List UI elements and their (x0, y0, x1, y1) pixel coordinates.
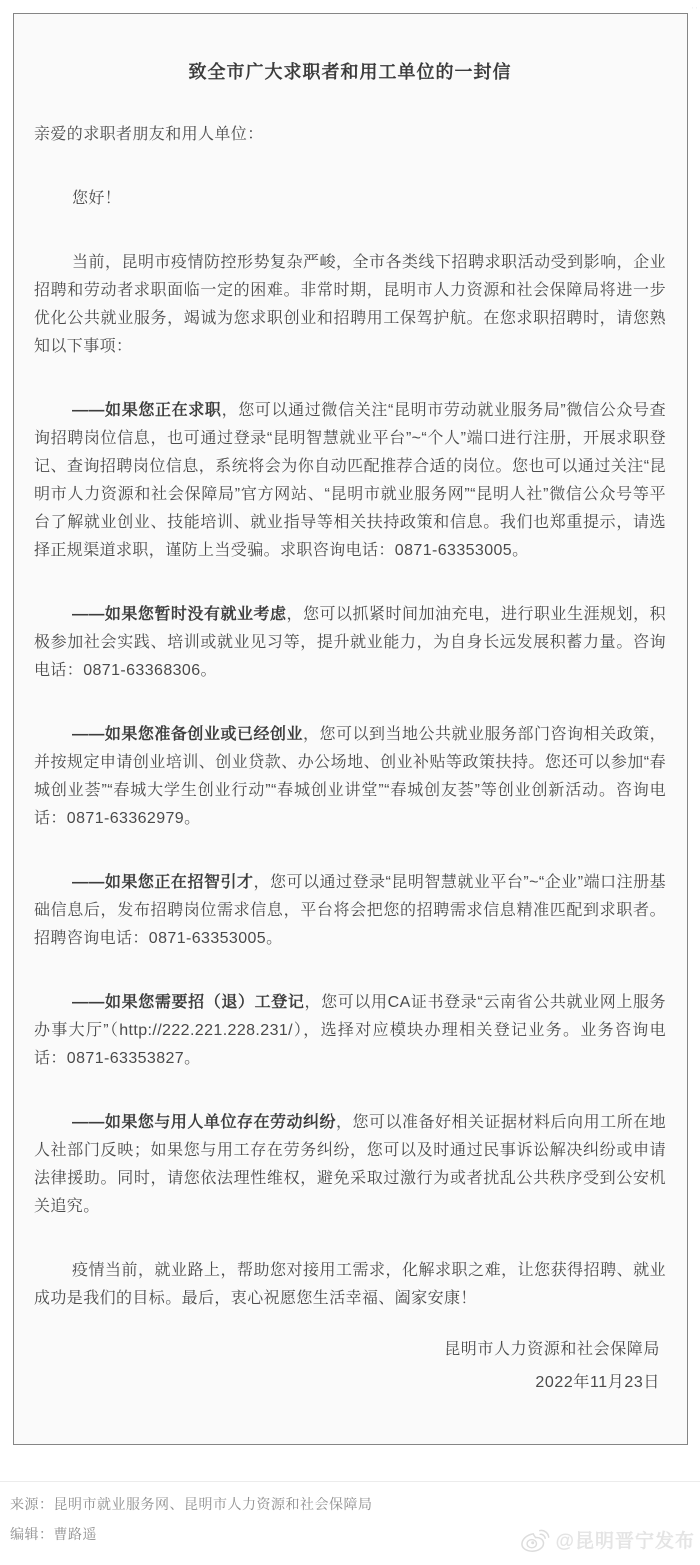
letter-title: 致全市广大求职者和用工单位的一封信 (34, 59, 666, 85)
source-label: 来源： (10, 1496, 54, 1512)
letter-paragraph: ——如果您正在求职，您可以通过微信关注“昆明市劳动就业服务局”微信公众号查询招聘… (34, 397, 666, 565)
editor-value: 曹路遥 (54, 1526, 98, 1542)
letter-paragraph: ——如果您暂时没有就业考虑，您可以抓紧时间加油充电，进行职业生涯规划，积极参加社… (34, 601, 666, 685)
paragraph-text: ，您可以通过微信关注“昆明市劳动就业服务局”微信公众号查询招聘岗位信息，也可通过… (34, 402, 666, 559)
paragraph-lead: ——如果您与用人单位存在劳动纠纷 (72, 1114, 336, 1131)
signature-block: 昆明市人力资源和社会保障局 2022年11月23日 (34, 1333, 666, 1399)
paragraph-lead: ——如果您正在求职 (72, 402, 222, 419)
weibo-watermark: @昆明晋宁发布 (520, 1524, 695, 1554)
letter-salutation: 亲爱的求职者朋友和用人单位： (34, 121, 666, 149)
paragraph-lead: ——如果您正在招智引才 (72, 874, 253, 891)
editor-label: 编辑： (10, 1526, 54, 1542)
weibo-long-image-post: { "page": { "background": "#ffffff" }, "… (0, 0, 700, 1565)
source-value: 昆明市就业服务网、昆明市人力资源和社会保障局 (54, 1496, 373, 1512)
signature-org: 昆明市人力资源和社会保障局 (34, 1333, 660, 1366)
letter-greeting: 您好！ (34, 185, 666, 213)
paragraph-lead: ——如果您暂时没有就业考虑 (72, 606, 286, 623)
letter-paragraph: 疫情当前，就业路上，帮助您对接用工需求，化解求职之难，让您获得招聘、就业成功是我… (34, 1257, 666, 1313)
source-line: 来源：昆明市就业服务网、昆明市人力资源和社会保障局 (10, 1494, 373, 1514)
letter-card: 致全市广大求职者和用工单位的一封信 亲爱的求职者朋友和用人单位： 您好！ 当前，… (13, 13, 688, 1445)
cropped-watermark-fragment: ᾿῾ (691, 7, 699, 16)
letter-paragraph: ——如果您准备创业或已经创业，您可以到当地公共就业服务部门咨询相关政策，并按规定… (34, 721, 666, 833)
watermark-handle: @昆明晋宁发布 (555, 1526, 695, 1553)
letter-paragraph: ——如果您需要招（退）工登记，您可以用CA证书登录“云南省公共就业网上服务办事大… (34, 989, 666, 1073)
letter-paragraph: ——如果您与用人单位存在劳动纠纷，您可以准备好相关证据材料后向用工所在地人社部门… (34, 1109, 666, 1221)
paragraph-text: 当前，昆明市疫情防控形势复杂严峻，全市各类线下招聘求职活动受到影响，企业招聘和劳… (34, 254, 666, 355)
letter-paragraph: ——如果您正在招智引才，您可以通过登录“昆明智慧就业平台”~“企业”端口注册基础… (34, 869, 666, 953)
letter-paragraph: 当前，昆明市疫情防控形势复杂严峻，全市各类线下招聘求职活动受到影响，企业招聘和劳… (34, 249, 666, 361)
weibo-logo-icon (520, 1524, 552, 1554)
paragraph-lead: ——如果您需要招（退）工登记 (72, 994, 305, 1011)
footer-divider (0, 1481, 700, 1482)
paragraph-text: 疫情当前，就业路上，帮助您对接用工需求，化解求职之难，让您获得招聘、就业成功是我… (34, 1262, 666, 1307)
paragraph-lead: ——如果您准备创业或已经创业 (72, 726, 303, 743)
signature-date: 2022年11月23日 (34, 1366, 660, 1399)
editor-line: 编辑：曹路遥 (10, 1524, 97, 1544)
